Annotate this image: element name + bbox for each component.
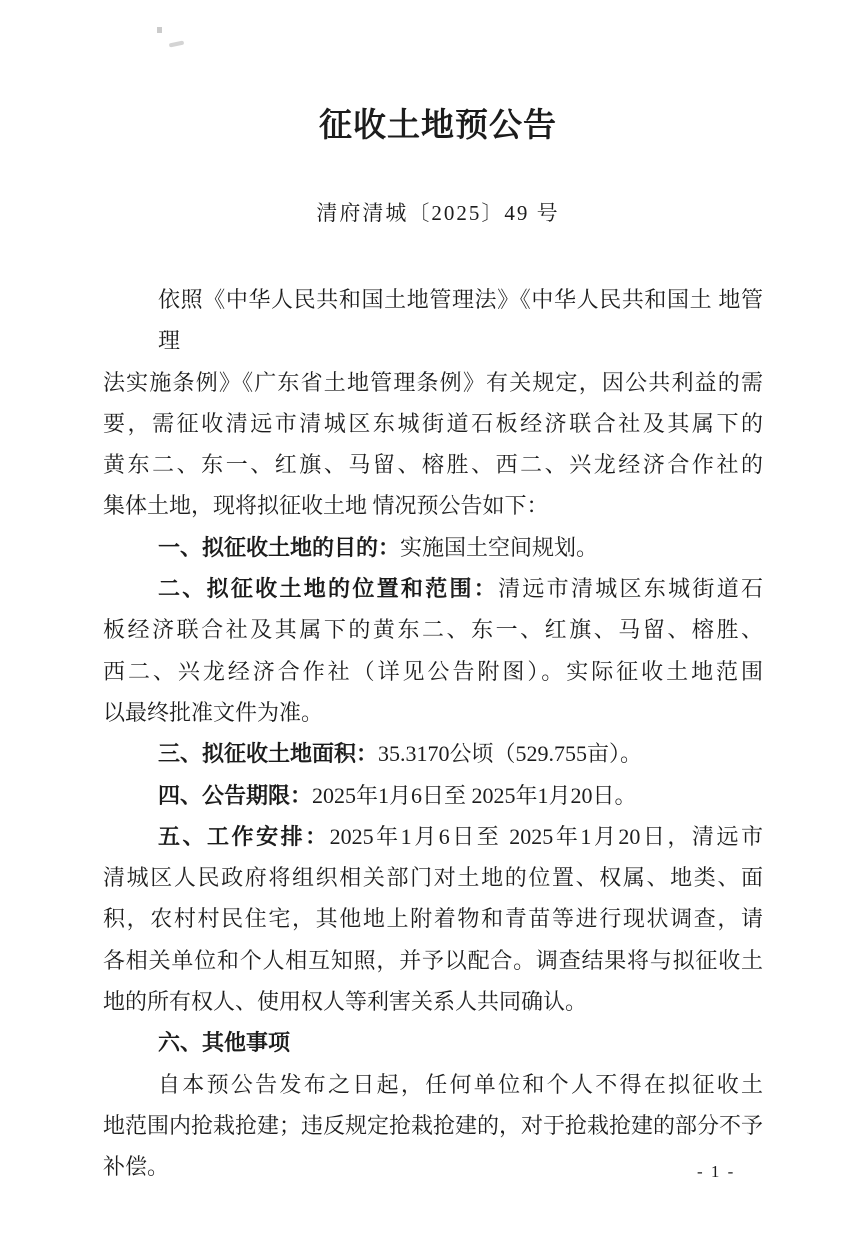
document-line: 以最终批准文件为准。 — [103, 692, 763, 733]
text-segment: 2025年1月6日至 2025年1月20日。 — [312, 783, 637, 808]
heading-segment: 一、拟征收土地的目的： — [158, 535, 400, 560]
document-line: 地范围内抢栽抢建；违反规定抢栽抢建的，对于抢栽抢建的部分不予 — [103, 1105, 763, 1146]
text-segment: 依照《中华人民共和国土地管理法》《中华人民共和国土 地管理 — [158, 287, 763, 353]
document-line: 五、工作安排：2025年1月6日至 2025年1月20日，清远市 — [103, 816, 763, 857]
document-line: 法实施条例》《广东省土地管理条例》有关规定，因公共利益的需 — [103, 362, 763, 403]
document-line: 四、公告期限：2025年1月6日至 2025年1月20日。 — [103, 775, 763, 816]
scan-artifact — [157, 27, 162, 33]
heading-segment: 三、拟征收土地面积： — [158, 741, 378, 766]
text-segment: 2025年1月6日至 2025年1月20日，清远市 — [330, 824, 763, 849]
heading-segment: 五、工作安排： — [158, 824, 330, 849]
document-line: 三、拟征收土地面积：35.3170公顷（529.755亩）。 — [103, 733, 763, 774]
text-segment: 清城区人民政府将组织相关部门对土地的位置、权属、地类、面 — [103, 865, 763, 890]
document-page: 征收土地预公告 清府清城〔2025〕49 号 依照《中华人民共和国土地管理法》《… — [0, 0, 850, 1241]
text-segment: 地范围内抢栽抢建；违反规定抢栽抢建的，对于抢栽抢建的部分不予 — [103, 1113, 763, 1138]
heading-segment: 四、公告期限： — [158, 783, 312, 808]
heading-segment: 二、拟征收土地的位置和范围： — [158, 576, 498, 601]
document-line: 依照《中华人民共和国土地管理法》《中华人民共和国土 地管理 — [103, 279, 763, 362]
document-line: 一、拟征收土地的目的：实施国土空间规划。 — [103, 527, 763, 568]
document-line: 补偿。 — [103, 1146, 763, 1187]
text-segment: 地的所有权人、使用权人等利害关系人共同确认。 — [103, 989, 587, 1014]
text-segment: 各相关单位和个人相互知照，并予以配合。调查结果将与拟征收土 — [103, 948, 763, 973]
text-segment: 集体土地，现将拟征收土地 情况预公告如下： — [103, 493, 549, 518]
scan-artifact — [169, 40, 185, 47]
text-segment: 要，需征收清远市清城区东城街道石板经济联合社及其属下的 — [103, 411, 763, 436]
document-line: 黄东二、东一、红旗、马留、榕胜、西二、兴龙经济合作社的 — [103, 444, 763, 485]
document-line: 地的所有权人、使用权人等利害关系人共同确认。 — [103, 981, 763, 1022]
document-line: 二、拟征收土地的位置和范围：清远市清城区东城街道石 — [103, 568, 763, 609]
text-segment: 自本预公告发布之日起，任何单位和个人不得在拟征收土 — [158, 1072, 763, 1097]
text-segment: 清远市清城区东城街道石 — [498, 576, 763, 601]
text-segment: 补偿。 — [103, 1154, 169, 1179]
document-number: 清府清城〔2025〕49 号 — [13, 199, 850, 227]
heading-segment: 六、其他事项 — [158, 1030, 290, 1055]
document-line: 西二、兴龙经济合作社（详见公告附图）。实际征收土地范围 — [103, 651, 763, 692]
document-line: 各相关单位和个人相互知照，并予以配合。调查结果将与拟征收土 — [103, 940, 763, 981]
document-line: 集体土地，现将拟征收土地 情况预公告如下： — [103, 485, 763, 526]
document-line: 自本预公告发布之日起，任何单位和个人不得在拟征收土 — [103, 1064, 763, 1105]
document-body: 依照《中华人民共和国土地管理法》《中华人民共和国土 地管理法实施条例》《广东省土… — [103, 279, 763, 1188]
text-segment: 积，农村村民住宅，其他地上附着物和青苗等进行现状调查，请 — [103, 906, 763, 931]
text-segment: 板经济联合社及其属下的黄东二、东一、红旗、马留、榕胜、 — [103, 617, 763, 642]
text-segment: 以最终批准文件为准。 — [103, 700, 323, 725]
document-line: 要，需征收清远市清城区东城街道石板经济联合社及其属下的 — [103, 403, 763, 444]
document-title: 征收土地预公告 — [13, 103, 850, 147]
document-line: 六、其他事项 — [103, 1022, 763, 1063]
text-segment: 35.3170公顷（529.755亩）。 — [378, 741, 642, 766]
page-number: - 1 - — [697, 1162, 735, 1182]
document-line: 清城区人民政府将组织相关部门对土地的位置、权属、地类、面 — [103, 857, 763, 898]
text-segment: 西二、兴龙经济合作社（详见公告附图）。实际征收土地范围 — [103, 659, 763, 684]
text-segment: 法实施条例》《广东省土地管理条例》有关规定，因公共利益的需 — [103, 370, 763, 395]
document-line: 积，农村村民住宅，其他地上附着物和青苗等进行现状调查，请 — [103, 898, 763, 939]
text-segment: 实施国土空间规划。 — [400, 535, 598, 560]
document-line: 板经济联合社及其属下的黄东二、东一、红旗、马留、榕胜、 — [103, 609, 763, 650]
text-segment: 黄东二、东一、红旗、马留、榕胜、西二、兴龙经济合作社的 — [103, 452, 763, 477]
